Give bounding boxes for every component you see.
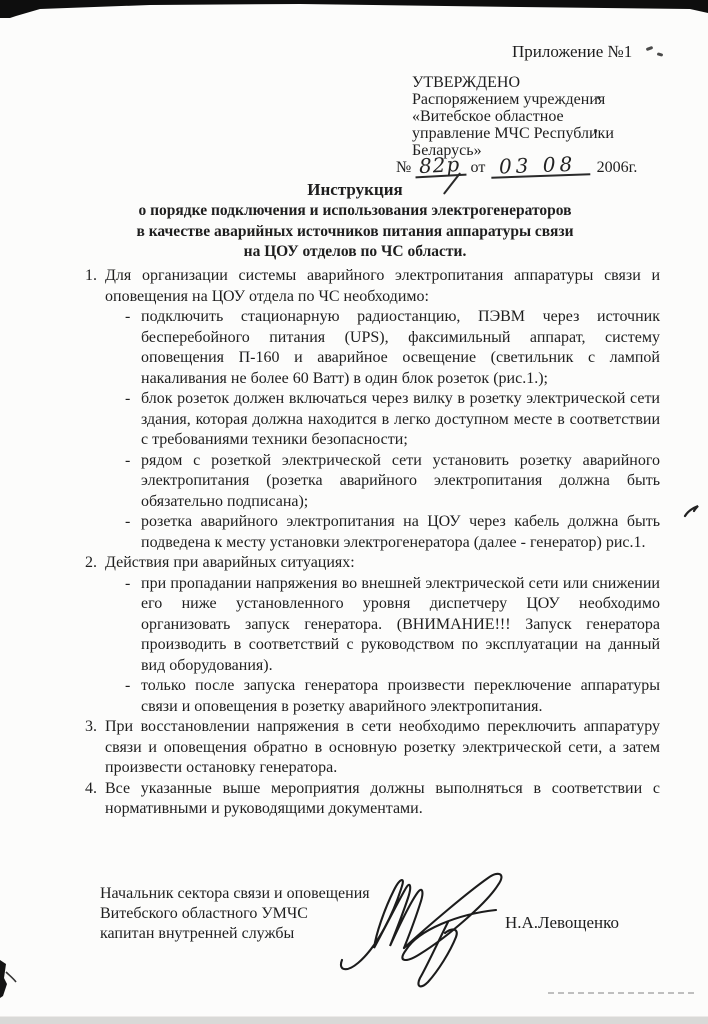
scan-edge-artifact-left	[0, 958, 18, 1000]
list-item-2: 2. Действия при аварийных ситуациях: - п…	[85, 553, 660, 717]
approval-line: управление МЧС Республики	[412, 125, 614, 142]
dash-marker: -	[125, 307, 130, 328]
sub-item: - блок розеток должен включаться через в…	[125, 389, 660, 451]
item-number: 1.	[85, 266, 97, 287]
document-number-line: № 82р от 03 08 2006г.	[396, 156, 637, 177]
approval-block: УТВЕРЖДЕНО Распоряжением учреждения «Вит…	[412, 74, 614, 159]
scan-edge-artifact-top	[0, 0, 708, 20]
item-number: 2.	[85, 553, 97, 574]
scan-speck	[657, 52, 664, 56]
item-number: 4.	[85, 779, 97, 800]
document-body: 1. Для организации системы аварийного эл…	[85, 266, 660, 820]
sub-item-text: только после запуска генератора произвес…	[141, 677, 660, 715]
list-item-1: 1. Для организации системы аварийного эл…	[85, 266, 660, 553]
signature-autograph	[336, 864, 512, 994]
sub-item-text: подключить стационарную радиостанцию, ПЭ…	[141, 308, 660, 387]
sub-item-text: розетка аварийного электропитания на ЦОУ…	[141, 513, 660, 551]
handwritten-document-number: 82р	[415, 155, 467, 179]
sub-item: - розетка аварийного электропитания на Ц…	[125, 512, 660, 553]
year-label: 2006г.	[597, 159, 638, 177]
signatory-title-block: Начальник сектора связи и оповещения Вит…	[100, 884, 370, 944]
item-text: Все указанные выше мероприятия должны вы…	[105, 779, 660, 820]
sub-item-text: блок розеток должен включаться через вил…	[141, 390, 660, 448]
dash-marker: -	[125, 512, 130, 533]
scan-speck	[646, 46, 654, 51]
scan-edge-artifact-bottom	[0, 1016, 708, 1024]
scanned-document-page: Приложение №1 УТВЕРЖДЕНО Распоряжением у…	[0, 0, 708, 1024]
dash-marker: -	[125, 389, 130, 410]
dash-marker: -	[125, 451, 130, 472]
ot-label: от	[471, 159, 486, 177]
pen-tick-mark	[683, 503, 701, 521]
subtitle-line: о порядке подключения и использования эл…	[50, 201, 660, 222]
approval-line: Распоряжением учреждения	[412, 91, 614, 108]
signatory-line: капитан внутренней службы	[100, 924, 370, 944]
list-item-3: 3. При восстановлении напряжения в сети …	[85, 717, 660, 779]
sub-item-text: при пропадании напряжения во внешней эле…	[141, 575, 660, 674]
subtitle-line: в качестве аварийных источников питания …	[50, 222, 660, 243]
sub-item: - рядом с розеткой электрической сети ус…	[125, 451, 660, 513]
appendix-label: Приложение №1	[512, 42, 632, 62]
sub-item-text: рядом с розеткой электрической сети уста…	[141, 452, 660, 510]
handwritten-date: 03 08	[491, 154, 591, 178]
item-number: 3.	[85, 717, 97, 738]
item-text: Для организации системы аварийного элект…	[105, 266, 660, 307]
document-subtitle: о порядке подключения и использования эл…	[50, 201, 660, 263]
approval-line: УТВЕРЖДЕНО	[412, 74, 614, 91]
dash-marker: -	[125, 676, 130, 697]
item-text: При восстановлении напряжения в сети нео…	[105, 717, 660, 779]
scan-dashed-mark	[548, 992, 694, 994]
document-title: Инструкция	[50, 180, 660, 200]
signatory-line: Начальник сектора связи и оповещения	[100, 884, 370, 904]
number-sign-label: №	[396, 159, 411, 177]
approval-line: «Витебское областное	[412, 108, 614, 125]
sub-item: - только после запуска генератора произв…	[125, 676, 660, 717]
signatory-name: Н.А.Левощенко	[505, 913, 619, 933]
sub-item: - при пропадании напряжения во внешней э…	[125, 574, 660, 677]
dash-marker: -	[125, 574, 130, 595]
list-item-4: 4. Все указанные выше мероприятия должны…	[85, 779, 660, 820]
subtitle-line: на ЦОУ отделов по ЧС области.	[50, 242, 660, 263]
signatory-line: Витебского областного УМЧС	[100, 904, 370, 924]
sub-item: - подключить стационарную радиостанцию, …	[125, 307, 660, 389]
item-text: Действия при аварийных ситуациях:	[105, 553, 660, 574]
